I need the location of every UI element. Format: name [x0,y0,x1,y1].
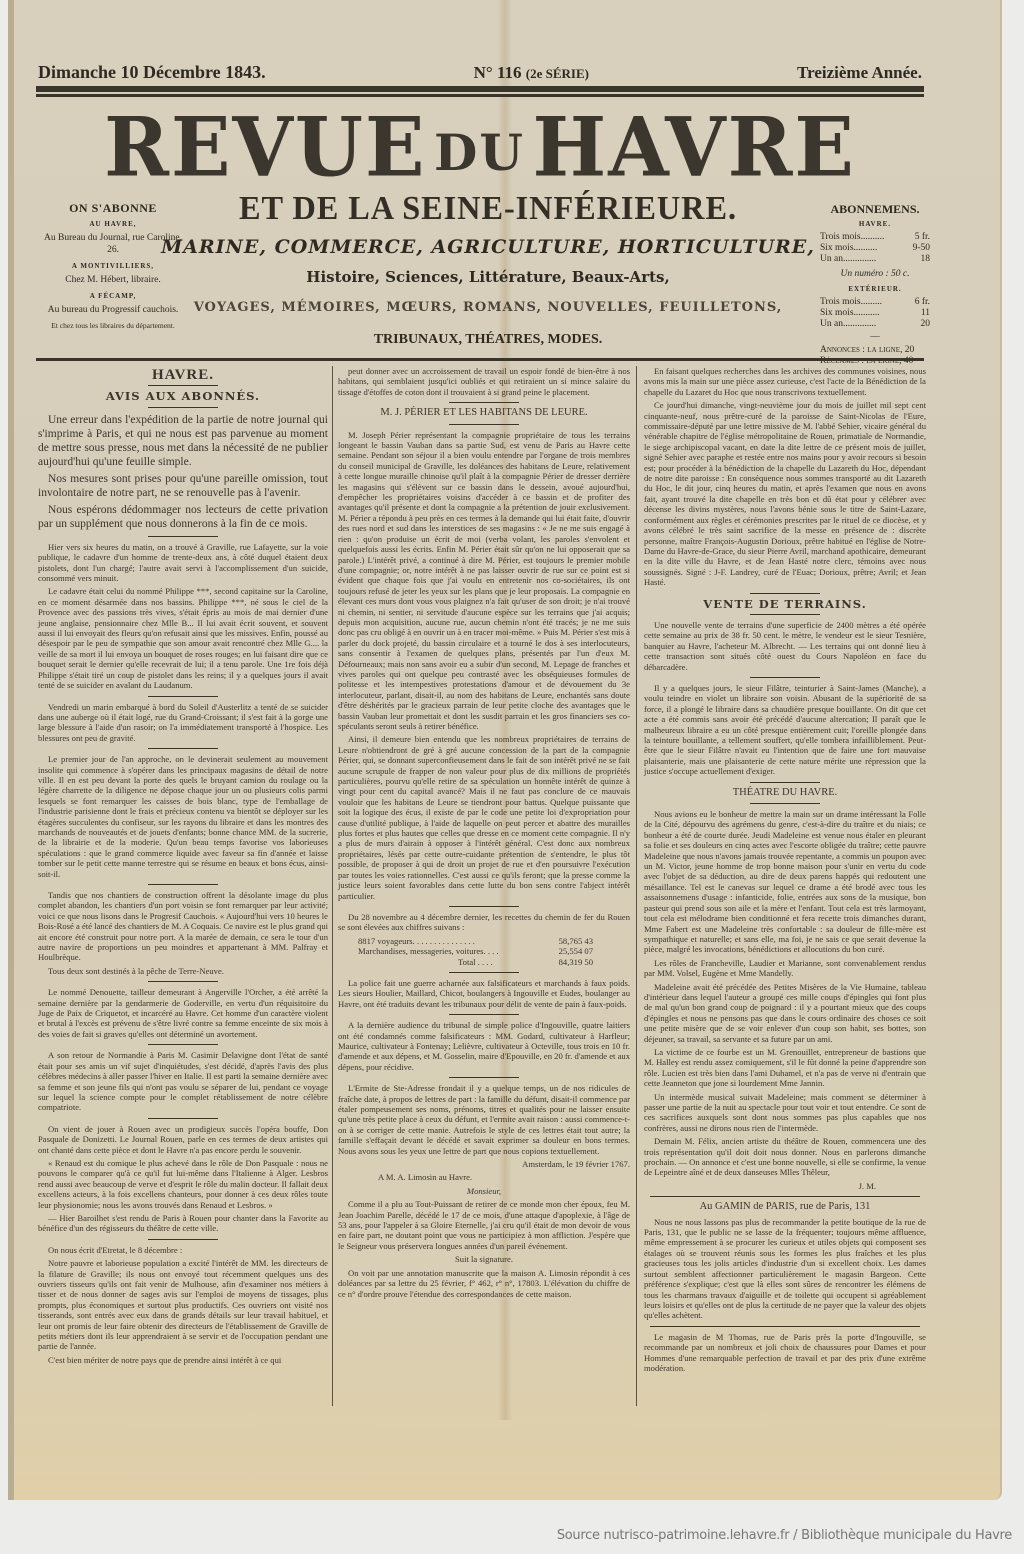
article-new-year: Le premier jour de l'an approche, on le … [38,754,328,879]
column-3: En faisant quelques recherches dans les … [644,366,926,1376]
vente-heading: VENTE DE TERRAINS. [644,599,926,609]
section-heading-havre: HAVRE. [38,370,328,380]
article-denouette: Le nommé Denouette, tailleur demeurant à… [38,987,328,1039]
column-divider [332,366,333,1406]
article-don-pasquale: On vient de jouer à Rouen avec un prodig… [38,1124,328,1234]
perier-heading: M. J. PÉRIER ET LES HABITANS DE LEURE. [338,408,630,418]
table-row: Marchandises, messageries, voitures. . .… [358,946,593,956]
article-continued: peut donner avec un accroissement de tra… [338,366,630,397]
letter-salutation: Monsieur, [338,1186,630,1196]
column-1: HAVRE. AVIS AUX ABONNÉS. Une erreur dans… [38,366,328,1368]
railway-receipts-table: 8817 voyageurs. . . . . . . . . . . . . … [358,936,630,967]
subscription-rates-box: ABONNEMENS. HAVRE. Trois mois..........5… [820,204,930,367]
year-label: Treizième Année. [797,63,922,83]
issue-number: N° 116 (2e SÉRIE) [474,63,589,83]
article-vente: Une nouvelle vente de terrains d'une sup… [644,620,926,672]
letter-body: Comme il a plu au Tout-Puissant de retir… [338,1199,630,1251]
article-filatre: Il y a quelques jours, le sieur Filâtre,… [644,683,926,777]
article-suicide: Hier vers six heures du matin, on a trou… [38,542,328,691]
topics-line-3: VOYAGES, MÉMOIRES, MŒURS, ROMANS, NOUVEL… [168,300,808,315]
header-rule [36,86,924,94]
newspaper-page: Dimanche 10 Décembre 1843. N° 116 (2e SÉ… [8,0,1002,1500]
article-shipyards: Tandis que nos chantiers de construction… [38,890,328,976]
article-gamin: Nous ne nous lassons pas plus de recomma… [644,1217,926,1321]
dateline: Dimanche 10 Décembre 1843. N° 116 (2e SÉ… [38,62,922,83]
masthead-title: REVUE DU HAVRE [38,106,922,190]
article-sailor: Vendredi un marin embarqué à bord du Sol… [38,702,328,744]
article-thomas: Le magasin de M Thomas, rue de Paris prè… [644,1332,926,1374]
letter-note: On voit par une annotation manuscrite qu… [338,1268,630,1299]
article-etretat: On nous écrit d'Etretat, le 8 décembre :… [38,1245,328,1365]
letter-addressee: A M. A. Limosin au Havre. [368,1172,630,1182]
gamin-heading: Au GAMIN de PARIS, rue de Paris, 131 [644,1202,926,1212]
topics-line-2: Histoire, Sciences, Littérature, Beaux-A… [208,268,768,286]
topics-line-1: MARINE, COMMERCE, AGRICULTURE, HORTICULT… [158,236,818,258]
source-credit: Source nutrisco-patrimoine.lehavre.fr / … [557,1528,1012,1543]
article-theatre: Nous avions eu le bonheur de mettre la m… [644,809,926,1191]
notice-heading: AVIS AUX ABONNÉS. [38,391,328,401]
article-perier: M. Joseph Périer représentant la compagn… [338,430,630,901]
subscription-places-box: ON S'ABONNE AU HAVRE, Au Bureau du Journ… [38,202,188,332]
notice-article: Une erreur dans l'expédition de la parti… [38,413,328,531]
masthead-bottom-rule [36,358,924,361]
article-delavigne: A son retour de Normandie à Paris M. Cas… [38,1050,328,1112]
issue-date: Dimanche 10 Décembre 1843. [38,62,266,83]
theatre-heading: THÉATRE DU HAVRE. [644,788,926,798]
masthead-subtitle: ET DE LA SEINE-INFÉRIEURE. [222,190,754,228]
column-2: peut donner avec un accroissement de tra… [338,366,630,1302]
article-police: La police fait une guerre acharnée aux f… [338,978,630,1009]
article-tribunal: A la dernière audience du tribunal de si… [338,1020,630,1072]
article-lazaret: En faisant quelques recherches dans les … [644,366,926,588]
article-ermite: L'Ermite de Ste-Adresse frondait il y a … [338,1083,630,1156]
column-divider [636,366,637,1406]
letter-place-date: Amsterdam, le 19 février 1767. [338,1159,630,1169]
railway-intro: Du 28 novembre au 4 décembre dernier, le… [338,912,630,933]
topics-line-4: TRIBUNAUX, THÉATRES, MODES. [258,332,718,348]
table-total-row: Total . . . .84,319 50 [358,957,593,967]
table-row: 8817 voyageurs. . . . . . . . . . . . . … [358,936,593,946]
letter-signature: Suit la signature. [338,1254,630,1264]
